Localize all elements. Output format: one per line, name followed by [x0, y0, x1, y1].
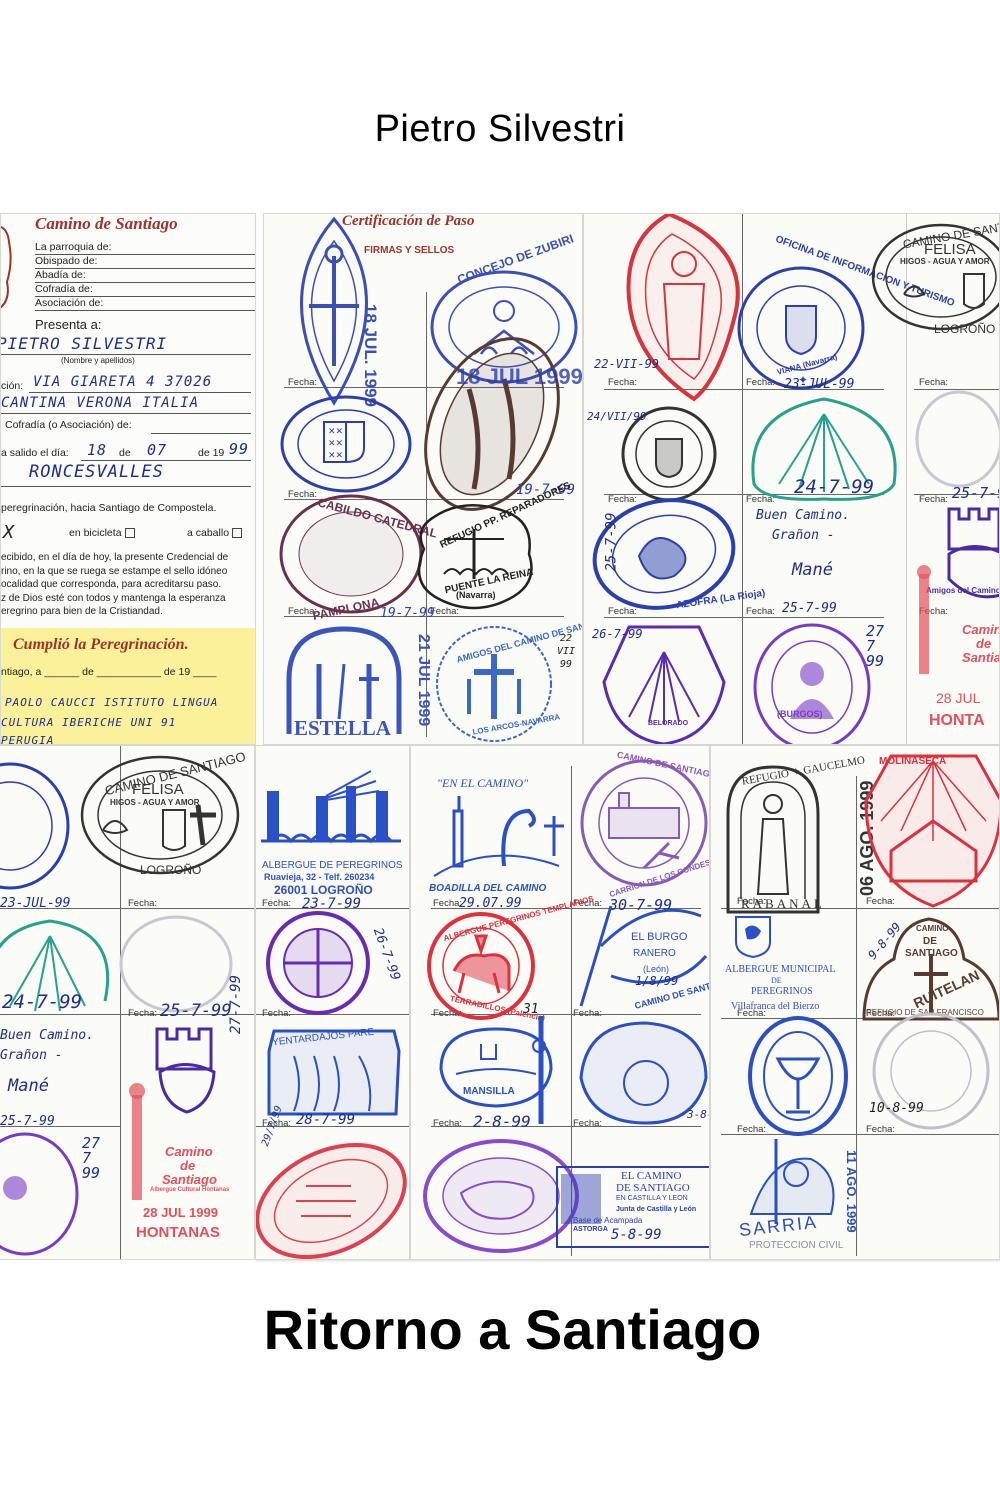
hontanas-line-2-repeat: de: [180, 1158, 195, 1173]
molinaseca-text: MOLINASECA: [879, 756, 946, 767]
rule: [1, 413, 251, 414]
salido-label: a salido el día:: [1, 447, 69, 459]
field-cofradia: Cofradía de:: [35, 283, 255, 297]
granon-note-1-repeat: Buen Camino.: [0, 1028, 94, 1043]
torres-seal-icon: [614, 213, 754, 409]
bike-checkbox: [125, 528, 135, 538]
castilla-date: 5-8-99: [611, 1227, 662, 1243]
hontanas-line-1: Camino: [962, 622, 1000, 637]
ortega-date: 27 7 99: [866, 624, 884, 669]
navarrete-date: 24/VII/99: [587, 410, 647, 423]
azofra-date: 25-7-99: [604, 512, 620, 571]
mode-foot-checkmark: X: [3, 522, 15, 543]
felisa-sub-repeat: HIGOS - AGUA Y AMOR: [110, 798, 200, 807]
molinaseca-seal-icon: [861, 745, 1000, 911]
stamp-sheet-6: Fecha: Fecha: Fecha: Fecha: Fecha: Fecha…: [410, 745, 710, 1260]
stamp-sheet-7: Fecha: Fecha: Fecha: Fecha: Fecha: Fecha…: [710, 745, 1000, 1260]
pilgrimage-line: peregrinación, hacia Santiago de Compost…: [1, 502, 216, 514]
felisa-sub: HIGOS - AGUA Y AMOR: [900, 257, 990, 266]
los-arcos-date: 22 VII 99: [554, 632, 578, 671]
najera-date: 24-7-99: [794, 476, 874, 498]
hontanas-line-2: de: [976, 636, 991, 651]
castilla-line-6: ASTORGA: [573, 1226, 608, 1233]
granon-signature: Mané: [792, 560, 833, 580]
field-asociacion: Asociación de:: [35, 297, 255, 311]
gaucelmo-city: RABANAL: [741, 896, 825, 912]
ruitelan-line-3: SANTIAGO: [905, 948, 958, 959]
felisa-city-repeat: LOGROÑO: [140, 863, 201, 877]
hontanas-line-3: Santiago: [962, 650, 1000, 665]
stamp-sheet-2: Certificación de Paso FIRMAS Y SELLOS Fe…: [263, 213, 583, 745]
estella-date: 21 JUL 1999: [414, 634, 432, 726]
rule: [1, 486, 251, 487]
field-parroquia: La parroquia de:: [35, 241, 255, 255]
address-label: ción:: [1, 380, 23, 392]
castilla-line-4: Junta de Castilla y León: [616, 1206, 696, 1213]
municipal-line-2: DE: [771, 976, 782, 985]
paragraph-line: ecibido, en el día de hoy, la presente C…: [1, 551, 256, 565]
yentardajos-date: 28-7-99: [296, 1112, 355, 1128]
saint-figure-icon: [0, 222, 17, 312]
completion-box: Cumplió la Peregrinación. ntiago, a ____…: [1, 628, 256, 745]
mansilla-date: 2-8-99: [473, 1112, 531, 1131]
granon-signature-repeat: Mané: [8, 1076, 49, 1096]
viana-seal-repeat-icon: [0, 761, 70, 891]
paragraph-line: eregrino para bien de la Cristiandad.: [1, 605, 256, 619]
hontanas-city: HONTA: [929, 712, 985, 730]
fecha-label: Fecha:: [433, 1118, 462, 1129]
pilgrim-staff-icon: [531, 1016, 551, 1126]
viana-date: 23-JUL-99: [784, 377, 854, 392]
santo-domingo-date-repeat: 25-7-99: [160, 1001, 232, 1021]
cofradia-label: Cofradía (o Asociación) de:: [5, 419, 132, 431]
rule: [1, 354, 251, 355]
santo-domingo-date: 25-7-99: [952, 484, 1000, 502]
en-el-camino-date: 29.07.99: [459, 896, 522, 911]
completion-line: ntiago, a ______ de ___________ de 19 __…: [1, 666, 216, 678]
address-line-2: CANTINA VERONA ITALIA: [1, 395, 199, 411]
grid-divider: [604, 617, 884, 618]
hontanas-line-1-repeat: Camino: [165, 1144, 213, 1159]
field-abadia: Abadía de:: [35, 269, 255, 283]
castilla-line-2: DE SANTIAGO: [616, 1182, 690, 1194]
ortega-region: (BURGOS): [777, 709, 823, 719]
completion-note-3: PERUGIA: [1, 734, 54, 745]
hontanas-date: 28 JUL: [936, 690, 980, 706]
castilla-emblem: [561, 1174, 601, 1224]
fecha-label: Fecha:: [919, 377, 948, 388]
sarria-date: 11 AGO. 1999: [844, 1150, 859, 1233]
burgo-line-1: EL BURGO: [631, 931, 687, 943]
burgos-castle-shell-repeat-icon: [152, 1024, 222, 1114]
cross-column-icon: [909, 564, 939, 684]
torres-date: 22-VII-99: [594, 357, 659, 371]
belorado-city: BELORADO: [648, 720, 688, 727]
salido-year-prefix: de 19: [198, 447, 224, 459]
horse-checkbox: [232, 528, 242, 538]
credential-paragraph: ecibido, en el día de hoy, la presente C…: [1, 551, 256, 619]
burgo-line-3: (León): [643, 964, 669, 974]
mode-horse: a caballo: [187, 527, 242, 539]
name-caption: (Nombre y apellidos): [61, 356, 135, 365]
leon-date: 3-8-99: [687, 1108, 710, 1121]
hontanas-full-city: HONTANAS: [136, 1224, 220, 1241]
rule: [81, 460, 251, 461]
logrono-date: 23-7-99: [302, 896, 361, 912]
hontanas-full-date: 28 JUL 1999: [143, 1205, 218, 1220]
municipal-line-3: PEREGRINOS: [751, 986, 813, 997]
arleta-seal-icon: ✕✕ ✕✕ ✕✕: [279, 394, 414, 494]
estella-city: ESTELLA: [294, 716, 391, 741]
grid-divider: [431, 1126, 701, 1127]
paragraph-line: rino, en la que se ruega se estampe el s…: [1, 565, 256, 579]
stamp-sheet-3: Fecha: Fecha: Fecha: Fecha: Fecha: Fecha…: [583, 213, 1000, 745]
author-name: Pietro Silvestri: [0, 108, 1000, 151]
ortega-seal-repeat-icon: [0, 1130, 80, 1258]
refugio-region: (Navarra): [456, 590, 496, 600]
municipal-line-4: Villafranca del Bierzo: [731, 1001, 819, 1012]
gaucelmo-seal-icon: [723, 764, 823, 914]
paragraph-line: z de Dios esté con todos y mantenga la e…: [1, 592, 256, 606]
completion-note-2: CULTURA IBERICHE UNI 91: [1, 716, 176, 729]
address-line-1: VIA GIARETA 4 37026: [33, 374, 212, 390]
stamp-sheet-5: Fecha: Fecha: Fecha: ALBERGUE DE PEREGRI…: [255, 745, 410, 1260]
mansilla-text: MANSILLA: [463, 1086, 515, 1097]
santo-domingo-faint-seal-repeat-icon: [118, 914, 233, 1014]
logrono-albergue-icon: [261, 766, 401, 856]
svg-text:✕✕: ✕✕: [328, 450, 343, 460]
templarios-date: 31: [523, 1002, 539, 1017]
credential-collage: Camino de Santiago La parroquia de: Obis…: [0, 213, 1000, 1265]
fecha-label: Fecha:: [433, 898, 462, 909]
fecha-label: Fecha:: [128, 898, 157, 909]
salido-month: 07: [147, 441, 167, 459]
cebreiro-seal-icon: [746, 1014, 851, 1139]
svg-text:✕✕: ✕✕: [328, 438, 343, 448]
burgo-line-2: RANERO: [633, 948, 676, 959]
ruitelan-line-1: CAMINO: [916, 924, 948, 933]
fecha-label: Fecha:: [262, 898, 291, 909]
granon-date: 25-7-99: [782, 601, 837, 616]
salido-day: 18: [87, 441, 107, 459]
en-el-camino-icon: [429, 791, 569, 886]
viana-seal-icon: ✦: [736, 266, 866, 391]
paragraph-line: ocalidad que corresponda, para acreditar…: [1, 578, 256, 592]
en-el-camino-text: "EN EL CAMINO": [437, 776, 528, 791]
puente-fitero-seal-icon: [255, 1141, 410, 1260]
field-obispado: Obispado de:: [35, 255, 255, 269]
amigos-date: 18 JUL 1999: [456, 364, 583, 390]
logrono-line-1: ALBERGUE DE PEREGRINOS: [262, 860, 403, 871]
santo-domingo-faint-seal-icon: [914, 389, 1000, 489]
viana-date-repeat: 23-JUL-99: [0, 896, 70, 911]
stamp-sheet-4: Fecha: Fecha: 23-JUL-99 CAMINO DE SANTIA…: [0, 745, 255, 1260]
castilla-line-1: EL CAMINO: [621, 1170, 681, 1182]
rule: [151, 433, 251, 434]
presenta-label: Presenta a:: [35, 317, 102, 332]
pilgrim-name-handwritten: PIETRO SILVESTRI: [0, 334, 167, 353]
logrono-line-2: Ruavieja, 32 - Telf. 260234: [264, 872, 374, 882]
start-place-handwritten: RONCESVALLES: [29, 462, 164, 482]
ortega-date-repeat: 27 7 99: [82, 1136, 100, 1181]
salido-de: de: [119, 447, 131, 459]
cross-column-repeat-icon: [122, 1081, 152, 1211]
fecha-label: Fecha:: [746, 606, 775, 617]
logrono-line-3: 26001 LOGROÑO: [274, 883, 373, 897]
completion-heading: Cumplió la Peregrinación.: [13, 636, 189, 654]
felisa-city: LOGROÑO: [934, 322, 995, 336]
rule: [29, 392, 251, 393]
mode-bike: en bicicleta: [69, 527, 135, 539]
granon-date-repeat: 25-7-99: [0, 1114, 55, 1129]
mode-horse-label: a caballo: [187, 527, 229, 539]
municipal-line-1: ALBERGUE MUNICIPAL: [725, 964, 835, 975]
granon-note-2-repeat: Grañon -: [0, 1048, 63, 1063]
ruitelan-line-2: DE: [923, 936, 937, 947]
sarria-protection: PROTECCION CIVIL: [749, 1240, 843, 1251]
book-title: Ritorno a Santiago: [0, 1297, 1000, 1362]
salido-year: 99: [229, 440, 249, 458]
santo-domingo-seal-icon: [256, 911, 386, 1016]
piedrafita-date: 10-8-99: [869, 1101, 924, 1116]
ortega-seal-icon: [752, 619, 872, 745]
svg-text:✕✕: ✕✕: [328, 426, 343, 436]
burgo-date: 1/8/99: [635, 974, 678, 988]
hontanas-albergue: Albergue Cultural Hontanas: [150, 1187, 229, 1193]
mode-bike-label: en bicicleta: [69, 527, 122, 539]
roncesvalles-date: 18 JUL. 1999: [360, 304, 380, 407]
felisa-name: FELISA: [924, 241, 976, 258]
castilla-line-3: EN CASTILLA Y LEON: [616, 1195, 688, 1202]
credential-form-sheet: Camino de Santiago La parroquia de: Obis…: [0, 213, 256, 745]
najera-date-repeat: 24-7-99: [2, 991, 82, 1013]
hontanas-line-3-repeat: Santiago: [162, 1172, 217, 1187]
completion-note-1: PAOLO CAUCCI ISTITUTO LINGUA: [5, 696, 218, 709]
belorado-date: 26-7-99: [592, 627, 643, 641]
boadilla-text: BOADILLA DEL CAMINO: [429, 883, 546, 894]
credential-heading: Camino de Santiago: [35, 214, 178, 234]
municipal-shield-icon: [733, 914, 773, 959]
granon-note-1: Buen Camino.: [756, 508, 850, 523]
granon-note-2: Grañon -: [772, 528, 835, 543]
burgos-date: 27-7-99: [228, 975, 244, 1034]
felisa-name-repeat: FELISA: [132, 781, 184, 798]
